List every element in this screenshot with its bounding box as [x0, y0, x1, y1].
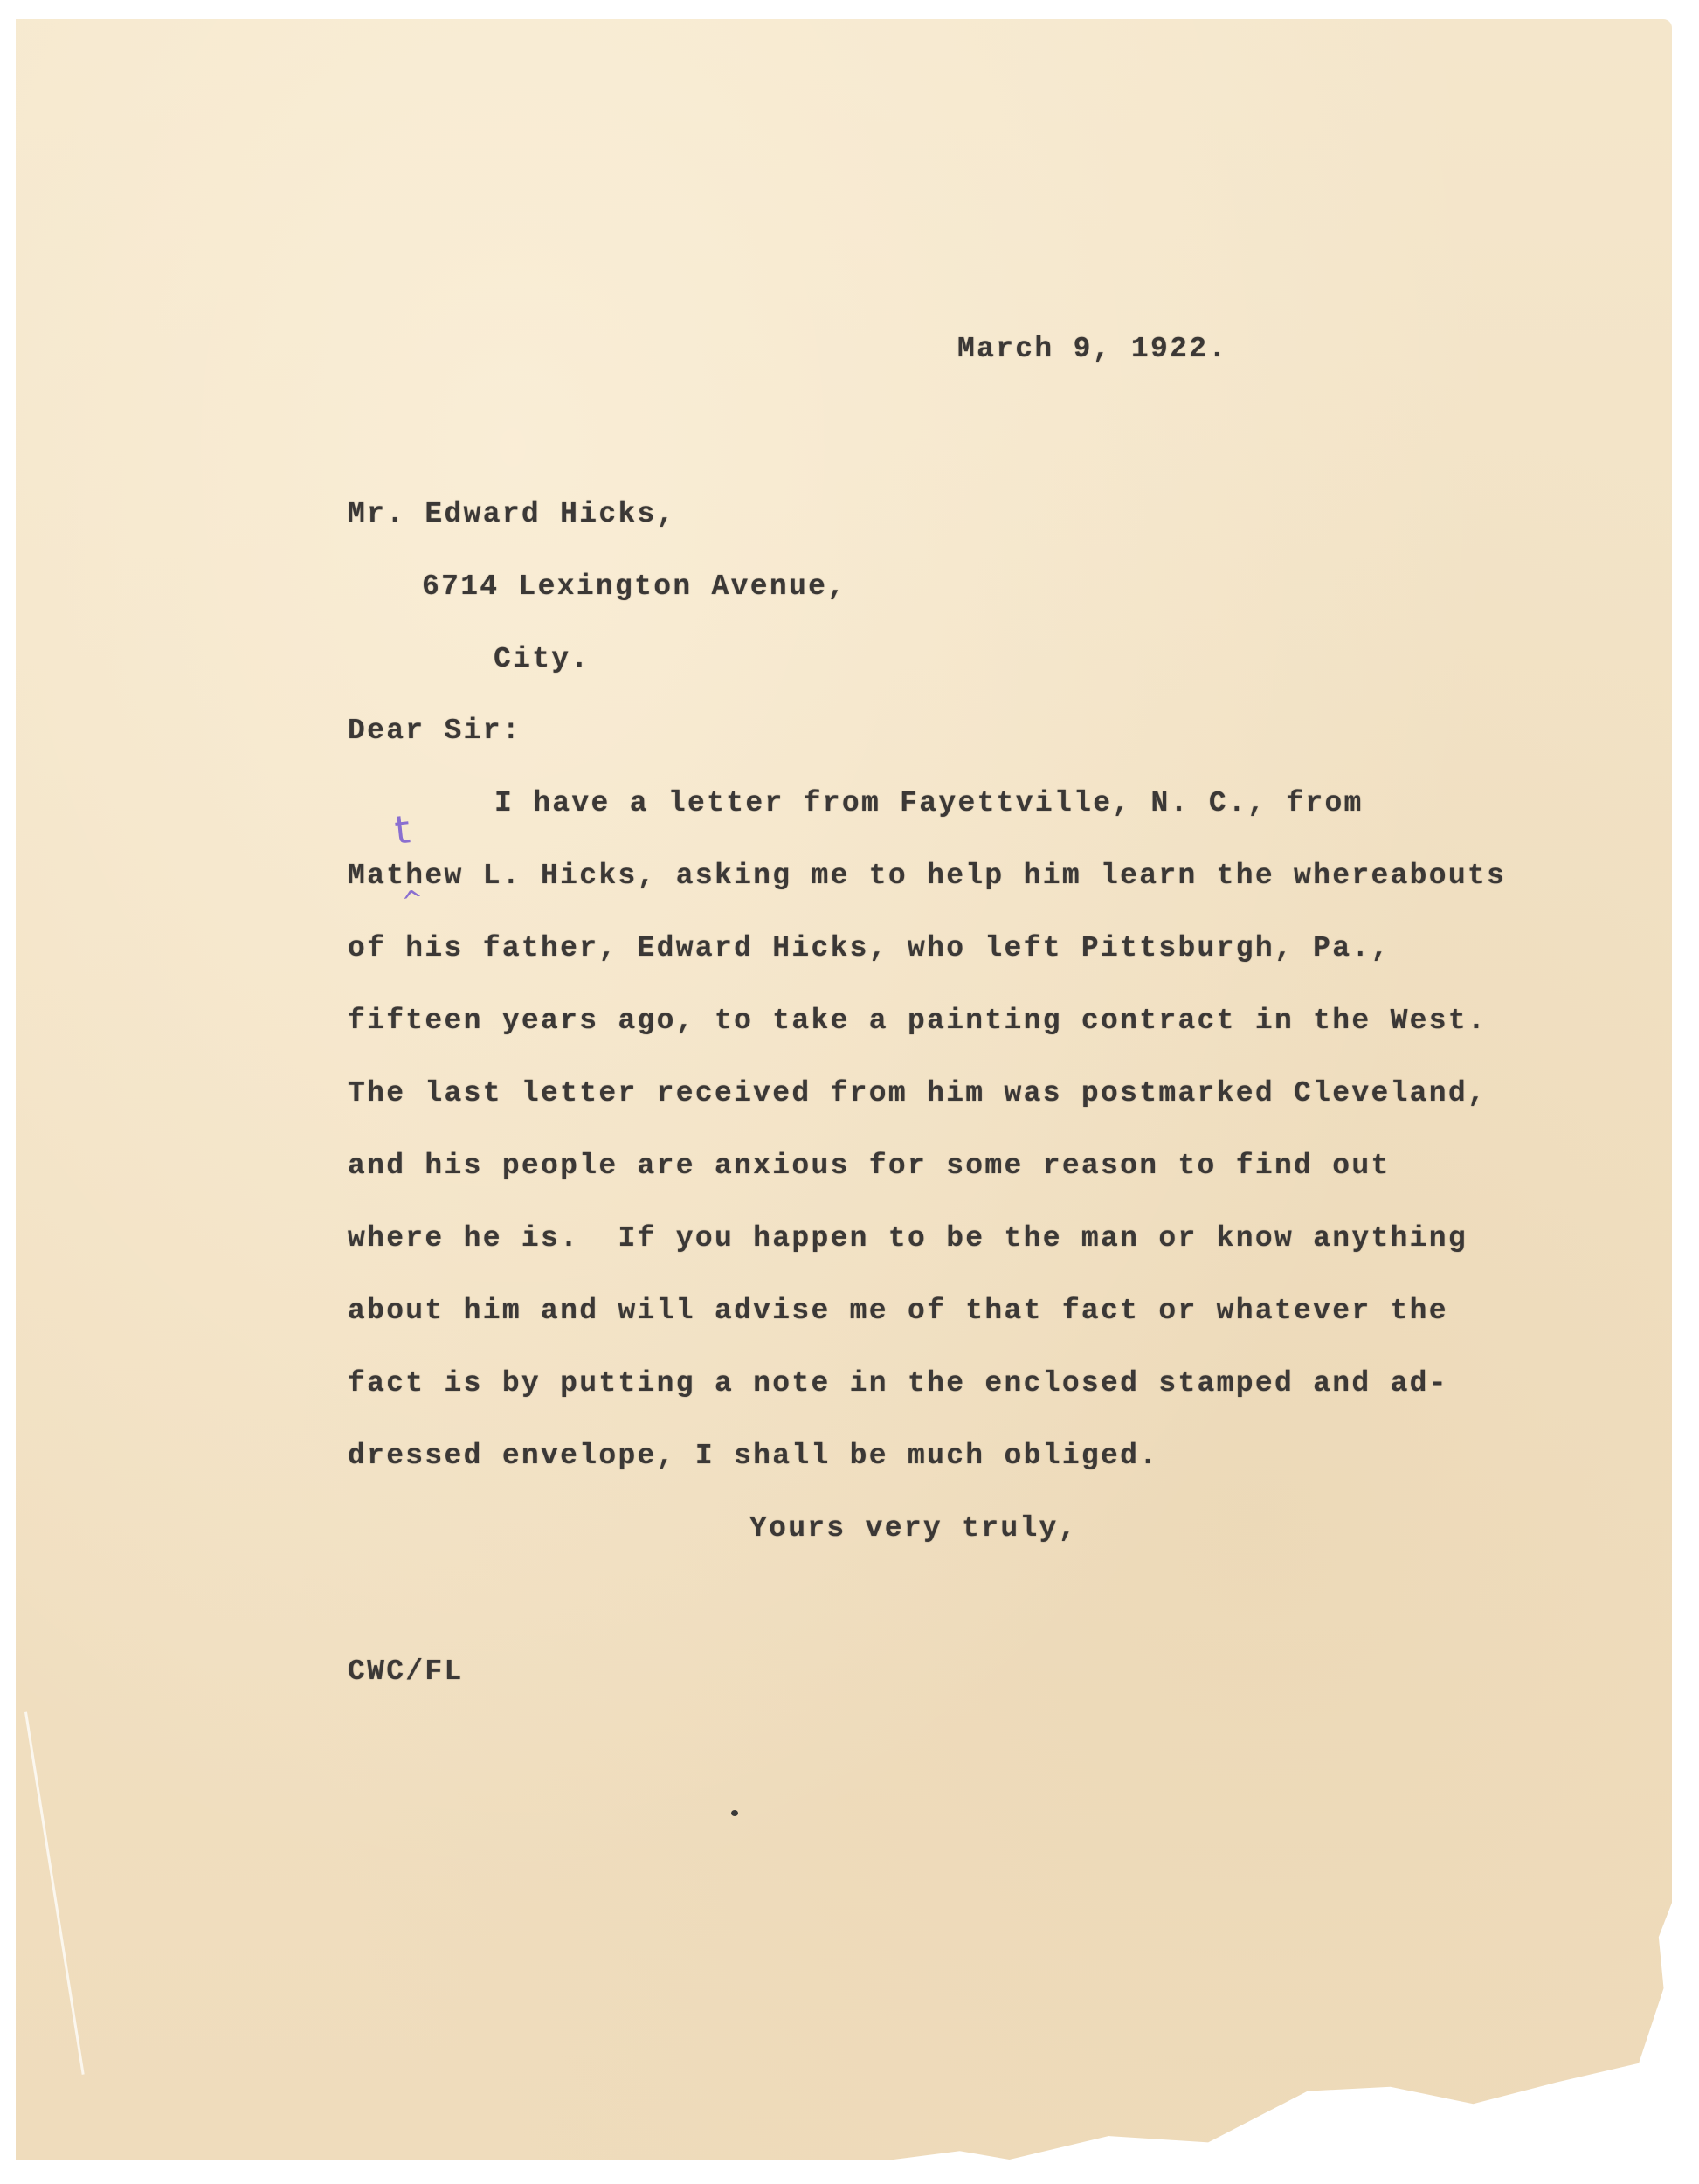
body-line-6: and his people are anxious for some reas…: [348, 1151, 1391, 1180]
salutation: Dear Sir:: [348, 716, 521, 745]
typist-initials: CWC/FL: [348, 1657, 464, 1686]
body-line-1: I have a letter from Fayettville, N. C.,…: [494, 789, 1364, 818]
recipient-city: City.: [494, 645, 591, 674]
body-line-7: where he is. If you happen to be the man…: [348, 1224, 1468, 1253]
recipient-street: 6714 Lexington Avenue,: [422, 572, 846, 601]
closing: Yours very truly,: [749, 1514, 1078, 1543]
ink-speck: [731, 1810, 738, 1816]
body-line-4: fifteen years ago, to take a painting co…: [348, 1006, 1487, 1035]
recipient-name: Mr. Edward Hicks,: [348, 500, 676, 529]
body-line-8: about him and will advise me of that fac…: [348, 1296, 1448, 1325]
body-line-5: The last letter received from him was po…: [348, 1079, 1487, 1108]
body-line-9: fact is by putting a note in the enclose…: [348, 1369, 1448, 1398]
body-line-2: Mathew L. Hicks, asking me to help him l…: [348, 861, 1506, 890]
body-line-3: of his father, Edward Hicks, who left Pi…: [348, 934, 1391, 963]
letter-date: March 9, 1922.: [957, 335, 1227, 363]
body-line-10: dressed envelope, I shall be much oblige…: [348, 1441, 1158, 1470]
